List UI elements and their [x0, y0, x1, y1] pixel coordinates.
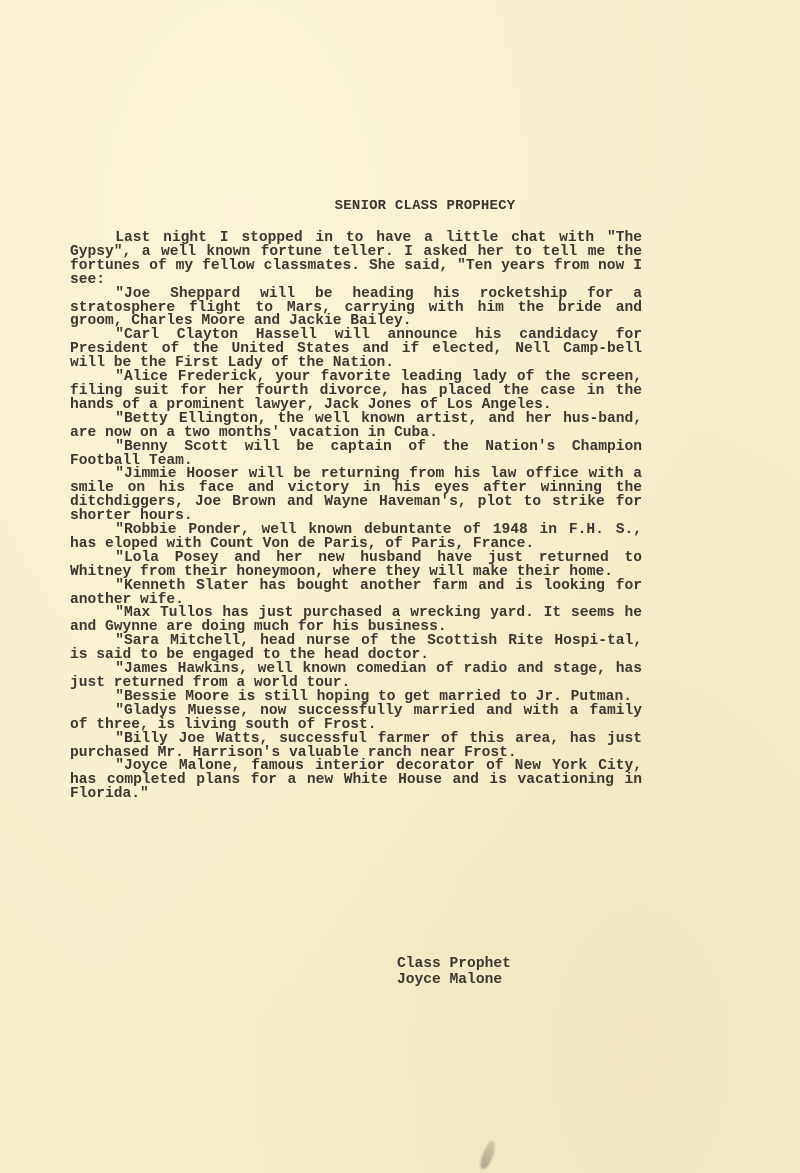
paragraph-betty-ellington: "Betty Ellington, the well known artist,…: [70, 413, 642, 441]
paragraph-max-tullos: "Max Tullos has just purchased a wreckin…: [70, 607, 642, 635]
paragraph-benny-scott: "Benny Scott will be captain of the Nati…: [70, 441, 642, 469]
paragraph-kenneth-slater: "Kenneth Slater has bought another farm …: [70, 580, 642, 608]
paragraph-lola-posey: "Lola Posey and her new husband have jus…: [70, 552, 642, 580]
document-title: SENIOR CLASS PROPHECY: [0, 198, 800, 214]
paragraph-gladys-muesse: "Gladys Muesse, now successfully married…: [70, 705, 642, 733]
paragraph-jimmie-hooser: "Jimmie Hooser will be returning from hi…: [70, 468, 642, 524]
prophecy-body: Last night I stopped in to have a little…: [70, 232, 642, 802]
paragraph-intro: Last night I stopped in to have a little…: [70, 232, 642, 288]
paragraph-joyce-malone: "Joyce Malone, famous interior decorator…: [70, 760, 642, 802]
signature-name: Joyce Malone: [397, 972, 511, 988]
signature-block: Class Prophet Joyce Malone: [397, 956, 511, 988]
signature-role: Class Prophet: [397, 956, 511, 972]
paragraph-robbie-ponder: "Robbie Ponder, well known debuntante of…: [70, 524, 642, 552]
paragraph-sara-mitchell: "Sara Mitchell, head nurse of the Scotti…: [70, 635, 642, 663]
paragraph-billy-joe-watts: "Billy Joe Watts, successful farmer of t…: [70, 733, 642, 761]
paper-smudge-mark: [478, 1139, 499, 1171]
paragraph-joe-sheppard: "Joe Sheppard will be heading his rocket…: [70, 288, 642, 330]
paragraph-alice-frederick: "Alice Frederick, your favorite leading …: [70, 371, 642, 413]
paragraph-james-hawkins: "James Hawkins, well known comedian of r…: [70, 663, 642, 691]
paragraph-carl-hassell: "Carl Clayton Hassell will announce his …: [70, 329, 642, 371]
document-page: SENIOR CLASS PROPHECY Last night I stopp…: [0, 0, 800, 1173]
